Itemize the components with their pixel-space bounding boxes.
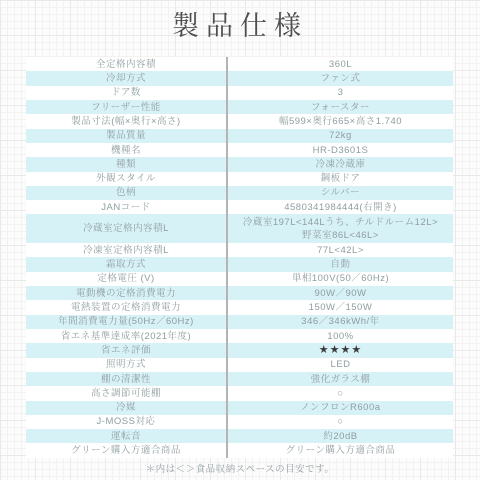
spec-row: 高さ調節可能棚○ — [26, 386, 453, 400]
spec-label: ドア数 — [26, 86, 228, 100]
spec-row: 色柄シルバー — [26, 186, 453, 200]
spec-value: 約20dB — [228, 429, 453, 443]
spec-label: 冷媒 — [26, 401, 228, 415]
spec-label: 省エネ基準達成率(2021年度) — [26, 329, 228, 343]
spec-value: ○ — [228, 386, 453, 400]
spec-value: ファン式 — [228, 71, 453, 85]
spec-value: 強化ガラス棚 — [228, 372, 453, 386]
spec-value: 100% — [228, 329, 453, 343]
spec-row: 霜取方式自動 — [26, 257, 453, 271]
spec-row: 冷凍室定格内容積L77L<42L> — [26, 243, 453, 257]
spec-row: 全定格内容積360L — [26, 57, 453, 71]
spec-label: 定格電圧 (V) — [26, 272, 228, 286]
spec-value: LED — [228, 358, 453, 372]
spec-label: グリーン購入方適合商品 — [26, 443, 228, 457]
spec-label: 電動機の定格消費電力 — [26, 286, 228, 300]
spec-row: 省エネ基準達成率(2021年度)100% — [26, 329, 453, 343]
spec-label: 省エネ評価 — [26, 343, 228, 357]
spec-value: グリーン購入方適合商品 — [228, 443, 453, 457]
spec-label: 冷蔵室定格内容積L — [26, 214, 228, 243]
spec-row: 製品寸法(幅×奥行×高さ)幅599×奥行665×高さ1.740 — [26, 114, 453, 128]
spec-row: 種類冷凍冷蔵庫 — [26, 157, 453, 171]
spec-value: HR-D3601S — [228, 143, 453, 157]
spec-value: 鋼板ドア — [228, 172, 453, 186]
spec-row: JANコード4580341984444(右開き) — [26, 200, 453, 214]
spec-label: 製品質量 — [26, 129, 228, 143]
spec-row: 照明方式LED — [26, 358, 453, 372]
spec-row: 機種名HR-D3601S — [26, 143, 453, 157]
spec-label: 電熱装置の定格消費電力 — [26, 300, 228, 314]
spec-value: 4580341984444(右開き) — [228, 200, 453, 214]
spec-value: 72kg — [228, 129, 453, 143]
spec-label: 色柄 — [26, 186, 228, 200]
spec-label: 照明方式 — [26, 358, 228, 372]
page-title: 製品仕様 — [0, 4, 480, 43]
spec-row: 棚の清潔性強化ガラス棚 — [26, 372, 453, 386]
spec-row: フリーザー性能フォースター — [26, 100, 453, 114]
spec-row: 外観スタイル鋼板ドア — [26, 172, 453, 186]
spec-row: 電動機の定格消費電力90W／90W — [26, 286, 453, 300]
spec-row: J-MOSS対応○ — [26, 415, 453, 429]
spec-value: 90W／90W — [228, 286, 453, 300]
spec-value: ★★★★ — [228, 343, 453, 357]
spec-value: 150W／150W — [228, 300, 453, 314]
spec-row: 冷蔵室定格内容積L冷蔵室197L<144Lうち、チルドルーム12L> 野菜室86… — [26, 214, 453, 243]
spec-label: 全定格内容積 — [26, 57, 228, 71]
spec-value: 346／346kWh/年 — [228, 315, 453, 329]
spec-value: 冷凍冷蔵庫 — [228, 157, 453, 171]
spec-label: 運転音 — [26, 429, 228, 443]
spec-label: 種類 — [26, 157, 228, 171]
spec-label: 冷凍室定格内容積L — [26, 243, 228, 257]
spec-page: 製品仕様 全定格内容積360L冷却方式ファン式ドア数3フリーザー性能フォースター… — [0, 0, 480, 480]
spec-row: 定格電圧 (V)単相100V(50／60Hz) — [26, 272, 453, 286]
spec-label: J-MOSS対応 — [26, 415, 228, 429]
spec-label: 外観スタイル — [26, 172, 228, 186]
spec-value: 3 — [228, 86, 453, 100]
spec-value: シルバー — [228, 186, 453, 200]
spec-row: 省エネ評価★★★★ — [26, 343, 453, 357]
spec-row: 冷媒ノンフロンR600a — [26, 401, 453, 415]
spec-row: 運転音約20dB — [26, 429, 453, 443]
spec-row: 年間消費電力量(50Hz／60Hz)346／346kWh/年 — [26, 315, 453, 329]
spec-value: 360L — [228, 57, 453, 71]
spec-label: 年間消費電力量(50Hz／60Hz) — [26, 315, 228, 329]
spec-row: 冷却方式ファン式 — [26, 71, 453, 85]
spec-label: 製品寸法(幅×奥行×高さ) — [26, 114, 228, 128]
spec-value: ノンフロンR600a — [228, 401, 453, 415]
spec-table: 全定格内容積360L冷却方式ファン式ドア数3フリーザー性能フォースター製品寸法(… — [26, 57, 453, 458]
spec-label: 棚の清潔性 — [26, 372, 228, 386]
spec-label: 霜取方式 — [26, 257, 228, 271]
spec-label: 高さ調節可能棚 — [26, 386, 228, 400]
spec-value: 冷蔵室197L<144Lうち、チルドルーム12L> 野菜室86L<46L> — [228, 214, 453, 243]
footnote: ＊内は＜＞食品収納スペースの目安です。 — [0, 461, 480, 475]
spec-label: 機種名 — [26, 143, 228, 157]
spec-value: フォースター — [228, 100, 453, 114]
spec-label: JANコード — [26, 200, 228, 214]
spec-row: 製品質量72kg — [26, 129, 453, 143]
spec-row: 電熱装置の定格消費電力150W／150W — [26, 300, 453, 314]
spec-value: 自動 — [228, 257, 453, 271]
spec-row: ドア数3 — [26, 86, 453, 100]
spec-value: ○ — [228, 415, 453, 429]
spec-value: 単相100V(50／60Hz) — [228, 272, 453, 286]
spec-row: グリーン購入方適合商品グリーン購入方適合商品 — [26, 443, 453, 457]
spec-value: 幅599×奥行665×高さ1.740 — [228, 114, 453, 128]
spec-value: 77L<42L> — [228, 243, 453, 257]
spec-label: フリーザー性能 — [26, 100, 228, 114]
spec-label: 冷却方式 — [26, 71, 228, 85]
